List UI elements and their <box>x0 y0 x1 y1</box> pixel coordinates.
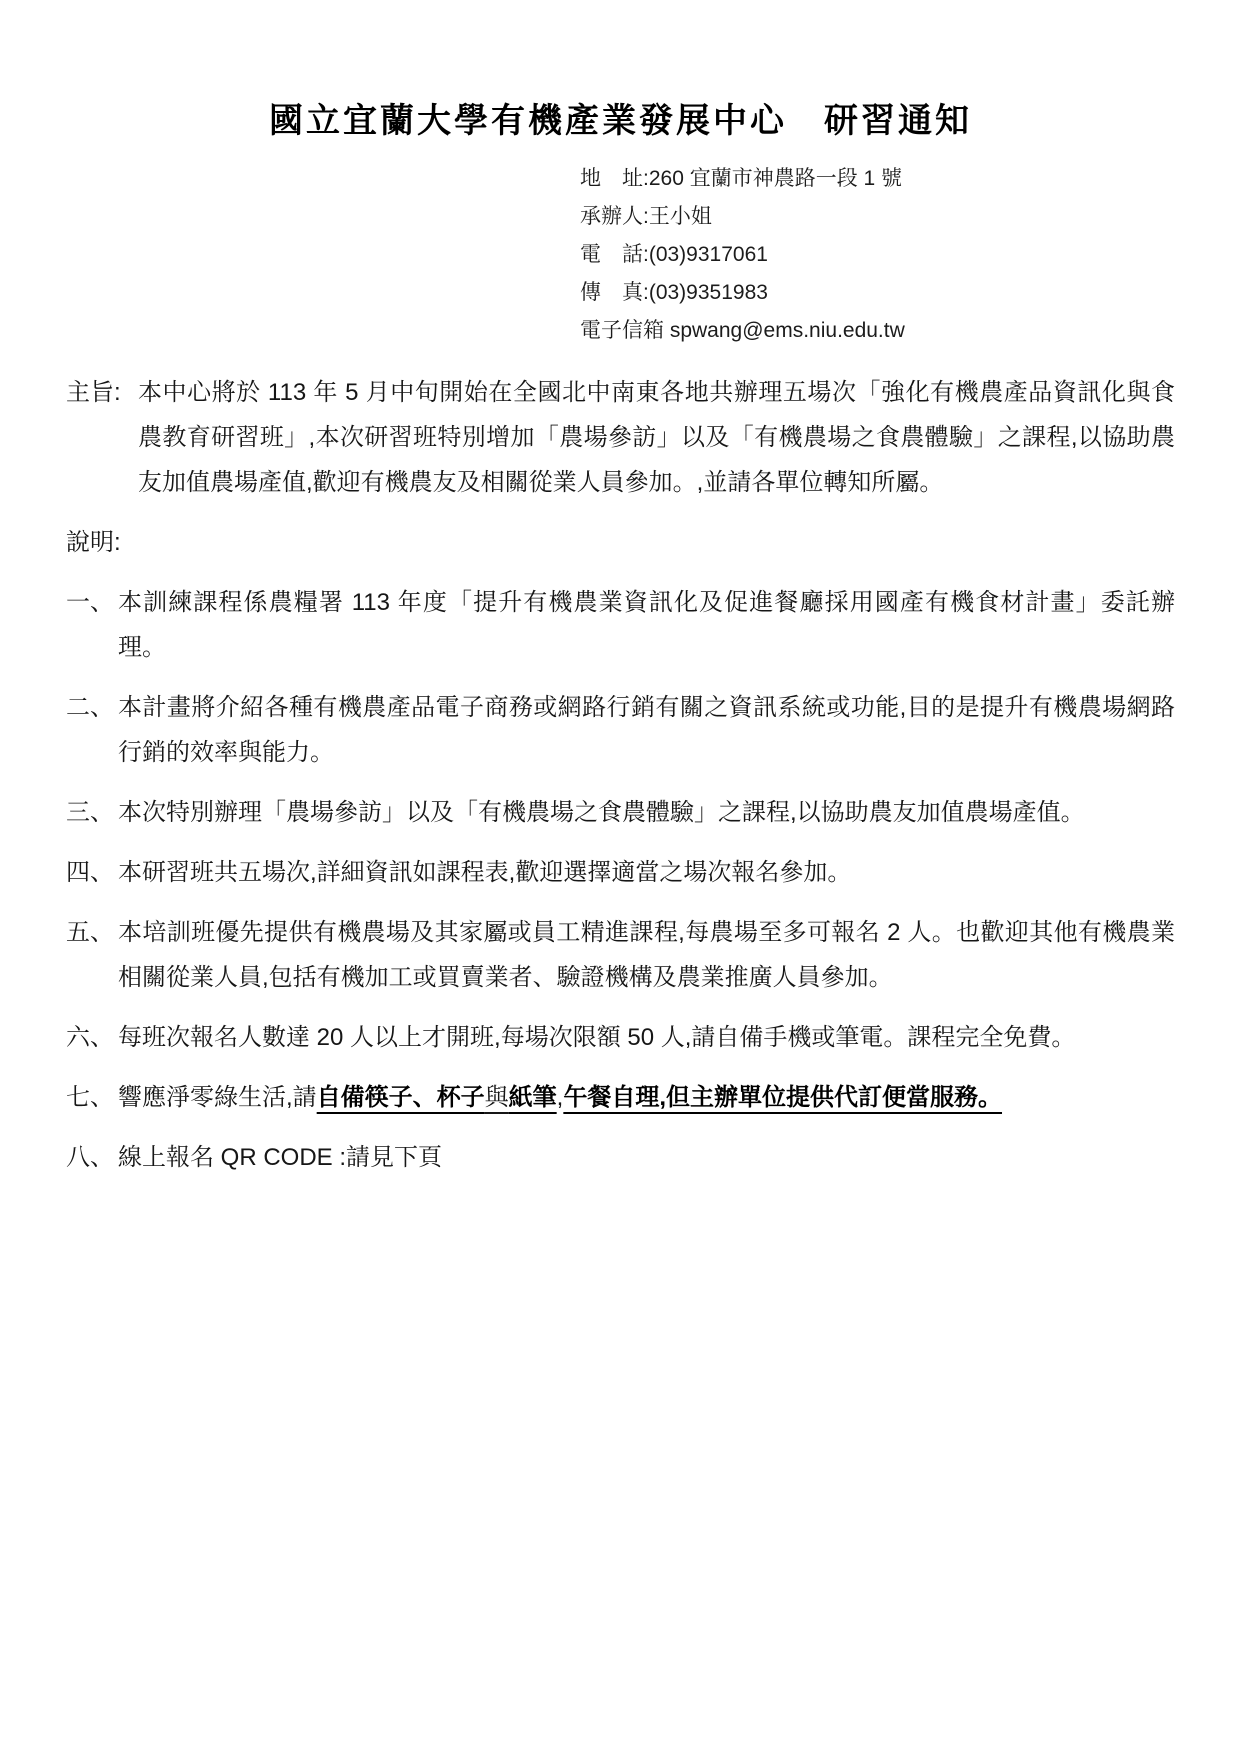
item-text: 本次特別辦理「農場參訪」以及「有機農場之食農體驗」之課程,以協助農友加值農場產值… <box>118 790 1175 835</box>
notice-item-3: 三、 本次特別辦理「農場參訪」以及「有機農場之食農體驗」之課程,以協助農友加值農… <box>66 790 1175 835</box>
item-marker: 一、 <box>66 580 118 670</box>
item-marker: 三、 <box>66 790 118 835</box>
item-marker: 二、 <box>66 685 118 775</box>
subject-text: 本中心將於 113 年 5 月中旬開始在全國北中南東各地共辦理五場次「強化有機農… <box>138 370 1175 505</box>
item-7-bold-utensils-text: 自備筷子、杯子 <box>317 1084 485 1111</box>
contact-person-line: 承辦人:王小姐 <box>580 198 1175 236</box>
notice-item-5: 五、 本培訓班優先提供有機農場及其家屬或員工精進課程,每農場至多可報名 2 人。… <box>66 910 1175 1000</box>
notice-item-4: 四、 本研習班共五場次,詳細資訊如課程表,歡迎選擇適當之場次報名參加。 <box>66 850 1175 895</box>
notice-item-6: 六、 每班次報名人數達 20 人以上才開班,每場次限額 50 人,請自備手機或筆… <box>66 1015 1175 1060</box>
item-text: 響應淨零綠生活,請自備筷子、杯子與紙筆,午餐自理,但主辦單位提供代訂便當服務。 <box>118 1075 1175 1120</box>
contact-email-line: 電子信箱 spwang@ems.niu.edu.tw <box>580 312 1175 350</box>
item-7-bold-stationery-text: 紙筆 <box>509 1084 557 1111</box>
notice-item-8: 八、 線上報名 QR CODE :請見下頁 <box>66 1135 1175 1180</box>
item-marker: 七、 <box>66 1075 118 1120</box>
notice-item-1: 一、 本訓練課程係農糧署 113 年度「提升有機農業資訊化及促進餐廳採用國產有機… <box>66 580 1175 670</box>
item-text: 本培訓班優先提供有機農場及其家屬或員工精進課程,每農場至多可報名 2 人。也歡迎… <box>118 910 1175 1000</box>
contact-block: 地 址:260 宜蘭市神農路一段 1 號 承辦人:王小姐 電 話:(03)931… <box>580 160 1175 350</box>
item-7-intro-text: 響應淨零綠生活,請 <box>118 1084 317 1111</box>
contact-fax-line: 傳 真:(03)9351983 <box>580 274 1175 312</box>
notice-item-7: 七、 響應淨零綠生活,請自備筷子、杯子與紙筆,午餐自理,但主辦單位提供代訂便當服… <box>66 1075 1175 1120</box>
item-marker: 八、 <box>66 1135 118 1180</box>
item-text: 本研習班共五場次,詳細資訊如課程表,歡迎選擇適當之場次報名參加。 <box>118 850 1175 895</box>
subject-paragraph: 主旨: 本中心將於 113 年 5 月中旬開始在全國北中南東各地共辦理五場次「強… <box>66 370 1175 505</box>
contact-phone-line: 電 話:(03)9317061 <box>580 236 1175 274</box>
explanation-heading: 說明: <box>66 520 1175 565</box>
notice-item-2: 二、 本計畫將介紹各種有機農產品電子商務或網路行銷有關之資訊系統或功能,目的是提… <box>66 685 1175 775</box>
item-7-connector-text: 與 <box>485 1084 509 1111</box>
item-marker: 五、 <box>66 910 118 1000</box>
item-text: 本訓練課程係農糧署 113 年度「提升有機農業資訊化及促進餐廳採用國產有機食材計… <box>118 580 1175 670</box>
subject-label: 主旨: <box>66 370 138 505</box>
notice-body: 主旨: 本中心將於 113 年 5 月中旬開始在全國北中南東各地共辦理五場次「強… <box>66 370 1175 1180</box>
item-text: 本計畫將介紹各種有機農產品電子商務或網路行銷有關之資訊系統或功能,目的是提升有機… <box>118 685 1175 775</box>
item-text: 線上報名 QR CODE :請見下頁 <box>118 1135 1175 1180</box>
item-marker: 六、 <box>66 1015 118 1060</box>
item-text: 每班次報名人數達 20 人以上才開班,每場次限額 50 人,請自備手機或筆電。課… <box>118 1015 1175 1060</box>
document-page: 國立宜蘭大學有機產業發展中心 研習通知 地 址:260 宜蘭市神農路一段 1 號… <box>0 0 1241 1755</box>
item-7-bold-lunch-text: 午餐自理,但主辦單位提供代訂便當服務。 <box>563 1084 1002 1111</box>
item-marker: 四、 <box>66 850 118 895</box>
page-title: 國立宜蘭大學有機產業發展中心 研習通知 <box>66 96 1175 146</box>
contact-address-line: 地 址:260 宜蘭市神農路一段 1 號 <box>580 160 1175 198</box>
